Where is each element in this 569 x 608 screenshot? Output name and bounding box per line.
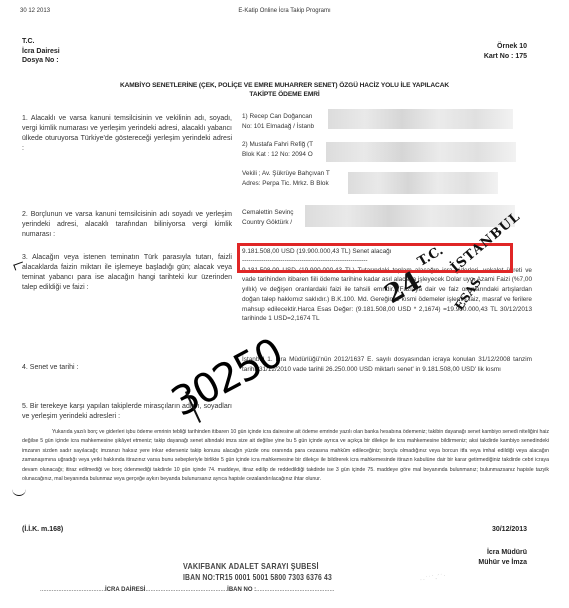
dots: ....................................... [40,587,105,593]
dots: ........................................… [256,587,334,593]
card-number: Kart No : 175 [484,52,527,62]
legal-notice-text: Yukarıda yazılı borç ve giderleri işbu ö… [22,428,549,484]
footer-date: 30/12/2013 [492,526,527,533]
pen-mark [12,488,26,496]
dosya-no-label: Dosya No : [22,56,60,66]
stamp-sub: ESAS [452,275,484,312]
official-stamp: T.C. İSTANBUL ESAS 24 [395,225,515,315]
office-block: T.C. İcra Dairesi Dosya No : [22,37,60,66]
redaction-blur [348,172,498,194]
form-ref-block: Örnek 10 Kart No : 175 [484,42,527,62]
signer-title: İcra Müdürü [478,548,527,558]
dots: ........................................… [145,587,227,593]
bank-stamp-name: VAKIFBANK ADALET SARAYI ŞUBESİ [183,561,319,571]
section-1-label: 1. Alacaklı ve varsa kanuni temsilcisini… [22,114,232,154]
redaction-blur [305,205,515,227]
stamp-tc: T.C. [415,243,446,270]
bank-stamp-iban: IBAN NO:TR15 0001 5001 5800 7303 6376 43 [183,573,332,582]
section-3-label: 3. Alacağın veya istenen teminatın Türk … [22,253,232,293]
title-line-1: KAMBİYO SENETLERİNE (ÇEK, POLİÇE VE EMRE… [0,81,569,90]
icra-dairesi-field-label: İCRA DAİRESİ [105,587,145,593]
program-title: E-Katip Online İcra Takip Programı [0,8,569,14]
form-number: Örnek 10 [484,42,527,52]
faint-stamp-trace: · · ˙ ˙ ` , ´ ˙ · [420,573,446,583]
section-2-label: 2. Borçlunun ve varsa kanuni temsilcisin… [22,210,232,240]
iban-field-label: İBAN NO : [227,587,256,593]
signature-block: İcra Müdürü Mühür ve İmza [478,548,527,568]
law-reference: (İ.İ.K. m.168) [22,526,63,533]
bank-info-line: .......................................İ… [40,587,335,593]
legal-notice-paragraph: Yukarıda yazılı borç ve giderleri işbu ö… [22,428,549,484]
redaction-blur [328,109,513,129]
title-line-2: TAKİPTE ÖDEME EMRİ [0,90,569,99]
icra-dairesi-label: İcra Dairesi [22,47,60,57]
signer-subtitle: Mühür ve İmza [478,558,527,568]
document-title: KAMBİYO SENETLERİNE (ÇEK, POLİÇE VE EMRE… [0,81,569,99]
redaction-blur [326,142,516,162]
tc-label: T.C. [22,37,60,47]
